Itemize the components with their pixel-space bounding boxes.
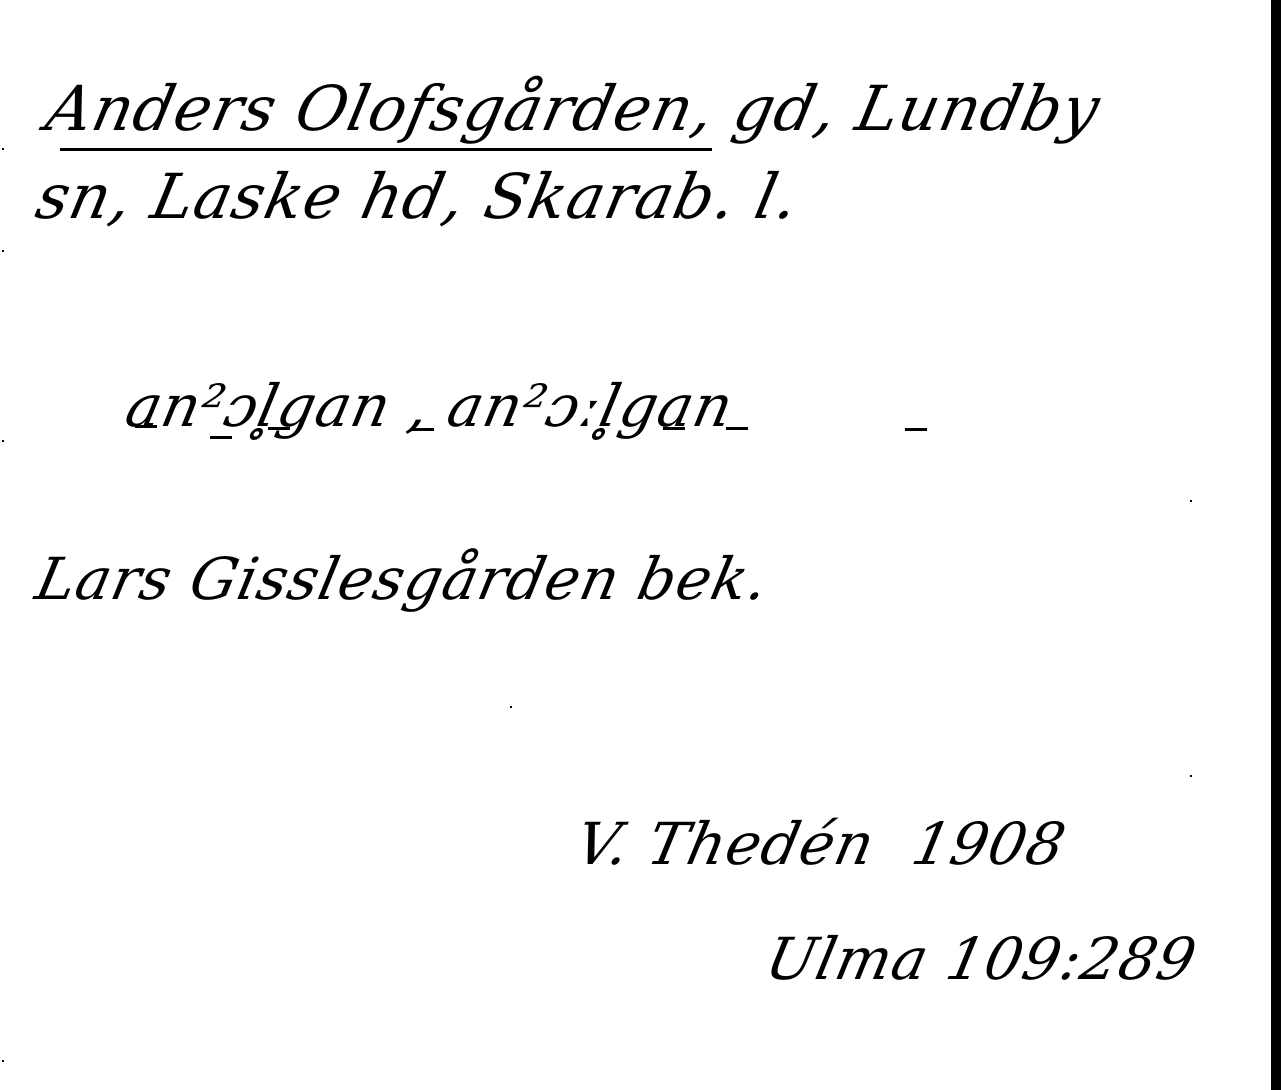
pronunciation-1: an²ɔl̥gan — [120, 372, 398, 440]
recorder: V. Thedén — [570, 810, 881, 878]
length-mark — [412, 428, 434, 431]
parish: Lundby — [850, 72, 1107, 145]
heading-line-2: sn, Laske hd, Skarab. l. — [30, 160, 806, 233]
place-name-underline — [60, 148, 712, 151]
archive-card: Anders Olofsgården, gd, Lundby sn, Laske… — [0, 0, 1271, 1090]
length-mark — [135, 425, 157, 428]
parish-suffix: sn, — [30, 160, 140, 233]
alt-name: Lars Gisslesgården bek. — [30, 545, 775, 613]
year: 1908 — [906, 810, 1072, 878]
length-mark — [726, 427, 748, 430]
length-mark — [905, 428, 927, 431]
length-mark — [268, 427, 290, 430]
heading-line-1: Anders Olofsgården, gd, Lundby — [40, 72, 1107, 145]
scan-speck — [2, 250, 4, 252]
archive-ref: Ulma 109:289 — [760, 925, 1203, 993]
recorder-line: V. Thedén 1908 — [570, 810, 1072, 878]
scan-speck — [2, 1060, 4, 1062]
scan-speck — [510, 706, 512, 708]
length-mark — [210, 436, 232, 439]
archive-ref-line: Ulma 109:289 — [760, 925, 1203, 993]
hundred: Laske hd — [145, 160, 452, 233]
card-right-edge — [1271, 0, 1281, 1090]
alt-name-line: Lars Gisslesgården bek. — [30, 545, 775, 613]
county: Skarab. l. — [478, 160, 806, 233]
place-name: Anders Olofsgården — [40, 72, 701, 145]
scan-speck — [1190, 775, 1192, 777]
scan-speck — [2, 440, 4, 442]
scan-speck — [1190, 500, 1192, 502]
length-mark — [663, 427, 685, 430]
scan-speck — [2, 148, 4, 150]
pronunciation-2: an²ɔːl̥gan — [442, 372, 740, 440]
